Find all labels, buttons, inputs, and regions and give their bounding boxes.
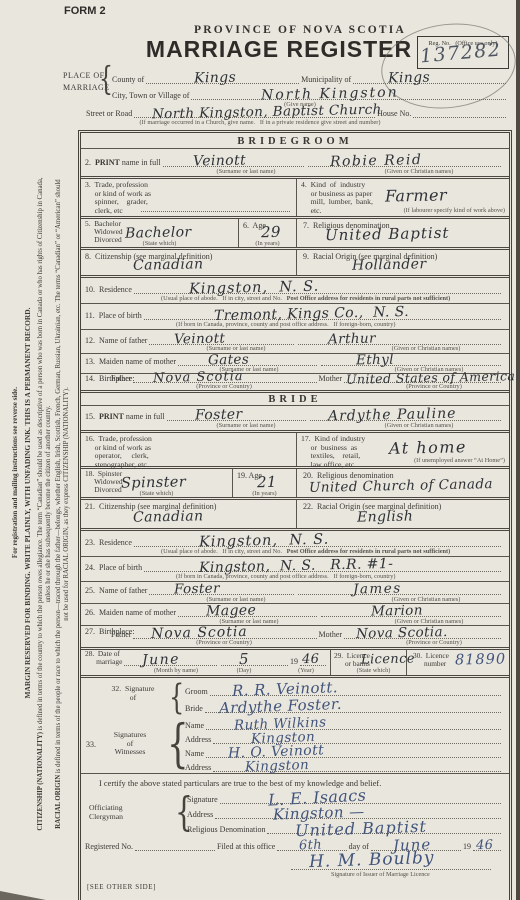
dotted-rule: Ruth Wilkins [206, 728, 501, 730]
filed-year-value: 46 [476, 839, 494, 852]
caption-state-which: (State which) [331, 667, 416, 674]
field-19-age: 19. Age 21 (In years) [233, 469, 297, 497]
field-4-line: etc. [301, 207, 373, 216]
field-26-label: 26. Maiden name of mother [85, 608, 176, 617]
caption-abode-bold: Post Office address for residents in rur… [287, 295, 451, 302]
scan-edge-corner [0, 891, 46, 900]
field-5-status: 5. Bachelor Widowed Divorced Bachelor (S… [81, 219, 239, 247]
caption-day: (Day) [221, 667, 267, 674]
clergyman-label: Clergyman [89, 813, 123, 822]
caption-surname: (Surname or last name) [181, 422, 311, 429]
dotted-rule: Kings [353, 82, 506, 84]
municipality-label: Municipality of [301, 75, 351, 84]
field-28-line: marriage [85, 658, 122, 666]
field-7-denomination: 7. Religious denomination United Baptist [297, 219, 509, 247]
witness2-name-label: Name [185, 749, 204, 758]
field-21-citizenship: 21. Citizenship (see marginal definition… [81, 500, 297, 528]
dotted-rule: United Baptist [267, 832, 501, 834]
field-6-value: 29 [261, 225, 281, 240]
witness2-address-label: Address [185, 763, 211, 772]
field-11-label: 11. Place of birth [85, 311, 142, 320]
field-28-year-printed: 19 [290, 657, 298, 666]
dotted-rule: North Kingston [191, 98, 506, 100]
field-7-value: United Baptist [325, 226, 450, 244]
dotted-rule: H. O. Veinott [206, 756, 501, 758]
dotted-rule: Kings [146, 82, 299, 84]
field-13-label: 13. Maiden name of mother [85, 357, 176, 366]
field-row-28-29-30: 28. Date of marriage June 5 19 46 (Month… [81, 650, 509, 678]
house-no-label: House No. [377, 109, 411, 118]
field-23-caption: (Usual place of abode. If in city, stree… [161, 548, 450, 555]
field-row-27-parent-birthplace: 27. Birthplace: Father Nova Scotia Mothe… [81, 626, 509, 650]
street-row: Street or Road North Kingston, Baptist C… [86, 103, 508, 118]
clergy-signature-label: Signature [187, 795, 218, 804]
field-2-no: 2. [85, 158, 95, 167]
street-label: Street or Road [86, 109, 132, 118]
field-22-value: English [357, 509, 413, 524]
dotted-rule: Foster [149, 593, 294, 595]
dotted-rule: Ardythe Foster. [205, 711, 501, 713]
field-24-label: 24. Place of birth [85, 563, 142, 572]
form-number: FORM 2 [64, 5, 106, 17]
field-28-month-value: June [142, 653, 180, 668]
caption-abode-plain: (Usual place of abode. If in city, stree… [161, 548, 287, 555]
field-25-given-value: James [353, 582, 402, 597]
field-30-licence-number: 30. Licence number 81890 [407, 650, 509, 675]
field-15-no: 15. [85, 412, 99, 421]
witness1-name-label: Name [185, 721, 204, 730]
filed-year-printed: 19 [463, 842, 471, 851]
dotted-rule: Foster [167, 419, 307, 421]
dotted-rule: Veinott [163, 165, 305, 167]
field-10-value: Kingston, N. S. [189, 279, 320, 296]
dotted-rule: Kingston, N. S. [134, 545, 501, 547]
scan-edge-right [516, 0, 520, 900]
field-22-racial-origin: 22. Racial Origin (see marginal definiti… [297, 500, 509, 528]
caption-abode-plain: (Usual place of abode. If in city, stree… [161, 295, 287, 302]
field-23-value: Kingston, N. S. [199, 532, 330, 549]
field-21-value: Canadian [133, 509, 204, 524]
dotted-rule: H. M. Boulby [291, 869, 491, 870]
field-2-given-value: Robie Reid [330, 153, 423, 169]
dotted-rule: Robie Reid [308, 165, 501, 167]
dotted-rule: Kingston, N. S. R.R. #1- [144, 570, 501, 572]
field-6-age: 6. Age 29 (In years) [239, 219, 297, 247]
field-row-3-4: 3. Trade, profession or kind of work as … [81, 179, 509, 219]
field-29-value: Licence [361, 652, 415, 666]
witness2-address-value: Kingston [245, 758, 310, 774]
dotted-rule: James [298, 593, 501, 595]
field-32-label: of [95, 694, 171, 703]
margin-citizenship-lead: CITIZENSHIP (NATIONALITY) [37, 732, 44, 831]
field-23-label: 23. Residence [85, 538, 132, 547]
field-29-licence-or-banns: 29. Licence or banns Licence (State whic… [331, 650, 407, 675]
margin-note-racial-origin: RACIAL ORIGIN is defined in terms of the… [55, 176, 72, 832]
county-label: County of [112, 75, 144, 84]
caption-surname: (Surname or last name) [181, 168, 311, 175]
field-row-2-name: 2. PRINT name in full Veinott Robie Reid… [81, 149, 509, 179]
caption-abode-bold: Post Office address for residents in rur… [287, 548, 451, 555]
field-20-value: United Church of Canada [309, 478, 493, 495]
dotted-rule [413, 116, 506, 118]
caption-state-which: (State which) [81, 240, 238, 247]
caption-given: (Given or Christian names) [339, 168, 499, 175]
see-other-side-note: [SEE OTHER SIDE] [87, 883, 156, 891]
field-28-day-value: 5 [239, 652, 249, 667]
clergyman-block: OfficiatingClergyman { Signature L. E. I… [81, 790, 509, 836]
caption-given: (Given or Christian names) [339, 422, 499, 429]
field-9-racial-origin: 9. Racial Origin (see marginal definitio… [297, 250, 509, 275]
municipality-value: Kings [388, 71, 430, 86]
field-19-value: 21 [257, 475, 277, 490]
field-10-label: 10. Residence [85, 285, 132, 294]
dotted-rule [141, 210, 290, 212]
field-4-value: Farmer [385, 187, 447, 204]
margin-racial-text: is defined in terms of the people or rac… [55, 179, 70, 775]
field-row-18-19-20: 18. Spinster Widowed Divorced Spinster (… [81, 469, 509, 500]
field-row-23-residence: 23. Residence Kingston, N. S. (Usual pla… [81, 531, 509, 557]
caption-province: (Province or Country) [369, 639, 499, 646]
issuer-signature-value: H. M. Boulby [309, 850, 435, 871]
field-row-15-name: 15. PRINT name in full Foster Ardythe Pa… [81, 406, 509, 433]
field-row-21-22: 21. Citizenship (see marginal definition… [81, 500, 509, 531]
field-15-rest: name in full [124, 412, 165, 421]
field-3-trade: 3. Trade, profession or kind of work as … [81, 179, 297, 216]
field-2-surname-value: Veinott [192, 153, 245, 168]
field-8-citizenship: 8. Citizenship (see marginal definition)… [81, 250, 297, 275]
field-4-industry: 4. Kind of industry or business as paper… [297, 179, 509, 216]
marriage-register-form: For registration and mailing instruction… [0, 0, 520, 900]
field-25-label: 25. Name of father [85, 586, 147, 595]
dotted-rule: 46 [473, 849, 501, 851]
field-24-caption: (If born in Canada, province, county and… [176, 573, 396, 580]
issuer-signature-caption: Signature of Issuer of Marriage Licence [331, 871, 430, 878]
field-14-mother-label: Mother [319, 374, 343, 383]
field-4-caption: (If labourer specify kind of work above) [404, 207, 505, 214]
margin-note-reverse-side: For registration and mailing instruction… [11, 300, 19, 645]
field-12-label: 12. Name of father [85, 336, 147, 345]
county-municipality-row: County of Kings Municipality of Kings [112, 68, 508, 84]
field-2-label: 2. PRINT name in full [85, 158, 161, 167]
field-row-26-mother: 26. Maiden name of mother Magee Marion (… [81, 604, 509, 626]
field-15-given-value: Ardythe Pauline [328, 407, 457, 424]
field-17-value: At home [389, 439, 467, 457]
dotted-rule: 5 [221, 664, 288, 666]
margin-note-citizenship: CITIZENSHIP (NATIONALITY) is defined in … [37, 176, 54, 832]
city-row: City, Town or Village of North Kingston [112, 85, 508, 100]
field-row-24-birthplace: 24. Place of birth Kingston, N. S. R.R. … [81, 557, 509, 582]
dotted-rule [135, 849, 215, 851]
field-row-11-birthplace: 11. Place of birth Tremont, Kings Co., N… [81, 304, 509, 330]
field-5-value: Bachelor [125, 225, 192, 240]
caption-province: (Province or Country) [159, 383, 289, 390]
field-row-32-signatures: 32. Signatureof { Groom R. R. Veinott. B… [81, 678, 509, 716]
field-25-surname-value: Foster [174, 582, 220, 596]
field-17-industry: 17. Kind of industry or business as text… [297, 433, 509, 466]
dotted-rule: Kingston [213, 770, 501, 772]
caption-state-which: (State which) [81, 490, 232, 497]
field-9-value: Hollander [352, 257, 427, 273]
registered-row: Registered No. Filed at this office 6th … [81, 836, 509, 856]
registered-no-label: Registered No. [85, 842, 133, 851]
field-2-print: PRINT [95, 158, 120, 167]
dotted-rule: North Kingston, Baptist Church [134, 116, 375, 118]
field-10-caption: (Usual place of abode. If in city, stree… [161, 295, 450, 302]
caption-month: (Month by name) [137, 667, 215, 674]
field-row-12-father: 12. Name of father Veinott Arthur (Surna… [81, 330, 509, 354]
city-label: City, Town or Village of [112, 91, 189, 100]
field-row-14-parent-birthplace: 14. Birthplace: Father Nova Scotia Mothe… [81, 374, 509, 393]
caption-in-years: (In years) [233, 490, 296, 497]
field-row-10-residence: 10. Residence Kingston, N. S. (Usual pla… [81, 278, 509, 304]
dotted-rule: Magee [178, 615, 317, 617]
field-row-5-6-7: 5. Bachelor Widowed Divorced Bachelor (S… [81, 219, 509, 250]
witness1-address-label: Address [185, 735, 211, 744]
field-18-status: 18. Spinster Widowed Divorced Spinster (… [81, 469, 233, 497]
field-26-surname-value: Magee [206, 603, 257, 618]
field-15-surname-value: Foster [194, 408, 242, 423]
section-header-bridegroom: BRIDEGROOM [81, 133, 509, 149]
field-27-father-label: Father [111, 630, 131, 639]
field-17-caption: (If unemployed answer “At Home”) [414, 457, 505, 464]
caption-province: (Province or Country) [369, 383, 499, 390]
groom-signature-label: Groom [185, 687, 208, 696]
margin-citizenship-text: is defined in terms of the country to wh… [37, 177, 52, 732]
field-33-label: Witnesses [99, 748, 161, 757]
dotted-rule: Marion [321, 615, 501, 617]
signature-brace: { [169, 680, 184, 715]
dotted-rule: R. R. Veinott. [210, 694, 501, 696]
filed-label: Filed at this office [217, 842, 275, 851]
bride-signature-label: Bride [185, 704, 203, 713]
field-30-line: number [413, 660, 449, 668]
margin-racial-lead: RACIAL ORIGIN [55, 775, 62, 829]
field-16-trade: 16. Trade, profession or kind of work as… [81, 433, 297, 466]
caption-province: (Province or Country) [159, 639, 289, 646]
field-row-16-17: 16. Trade, profession or kind of work as… [81, 433, 509, 469]
field-11-caption: (If born in Canada, province, county and… [176, 321, 396, 328]
caption-given: (Given or Christian names) [351, 596, 501, 603]
field-20-denomination: 20. Religious denomination United Church… [297, 469, 509, 497]
form-box: BRIDEGROOM 2. PRINT name in full Veinott… [78, 130, 512, 900]
dotted-rule: 46 [300, 664, 326, 666]
clergy-denomination-label: Religious Denomination [187, 825, 265, 834]
see-other-side-row: [SEE OTHER SIDE] [81, 880, 509, 900]
field-28-date: 28. Date of marriage June 5 19 46 (Month… [81, 650, 331, 675]
filed-day-value: 6th [299, 839, 323, 853]
dotted-rule: Tremont, Kings Co., N. S. [144, 318, 501, 320]
dotted-rule: Kingston, N. S. [134, 292, 501, 294]
issuer-signature-row: H. M. Boulby Signature of Issuer of Marr… [81, 856, 509, 880]
field-33-no: 33. [86, 740, 96, 749]
field-28-year-value: 46 [302, 653, 320, 666]
section-header-bride: BRIDE [81, 393, 509, 406]
field-row-33-witnesses: 33. SignaturesofWitnesses { Name Ruth Wi… [81, 716, 509, 774]
field-row-8-9: 8. Citizenship (see marginal definition)… [81, 250, 509, 278]
field-14-father-label: Father [111, 374, 131, 383]
field-18-value: Spinster [121, 475, 186, 491]
field-15-label: 15. PRINT name in full [85, 412, 165, 421]
field-28-label: 28. Date of marriage [85, 650, 122, 666]
caption-in-years: (In years) [239, 240, 296, 247]
caption-year: (Year) [285, 667, 327, 674]
place-brace: { [99, 64, 113, 97]
field-2-rest: name in full [120, 158, 161, 167]
caption-given: (Given or Christian names) [351, 345, 501, 352]
field-27-mother-label: Mother [319, 630, 343, 639]
city-value: North Kingston [261, 86, 399, 103]
dotted-rule: Ardythe Pauline [310, 419, 501, 421]
field-8-value: Canadian [133, 257, 204, 272]
county-value: Kings [194, 71, 236, 86]
field-30-value: 81890 [455, 652, 506, 668]
field-row-25-father: 25. Name of father Foster James (Surname… [81, 582, 509, 604]
certify-statement-row: I certify the above stated particulars a… [81, 774, 509, 790]
field-15-print: PRINT [99, 412, 124, 421]
street-caption: (If marriage occurred in a Church, give … [90, 119, 430, 126]
field-26-given-value: Marion [371, 604, 423, 619]
dotted-rule: June [124, 664, 217, 666]
margin-note-binding: MARGIN RESERVED FOR BINDING. WRITE PLAIN… [23, 178, 32, 828]
clergy-address-label: Address [187, 810, 213, 819]
bride-signature-value: Ardythe Foster. [219, 697, 342, 716]
